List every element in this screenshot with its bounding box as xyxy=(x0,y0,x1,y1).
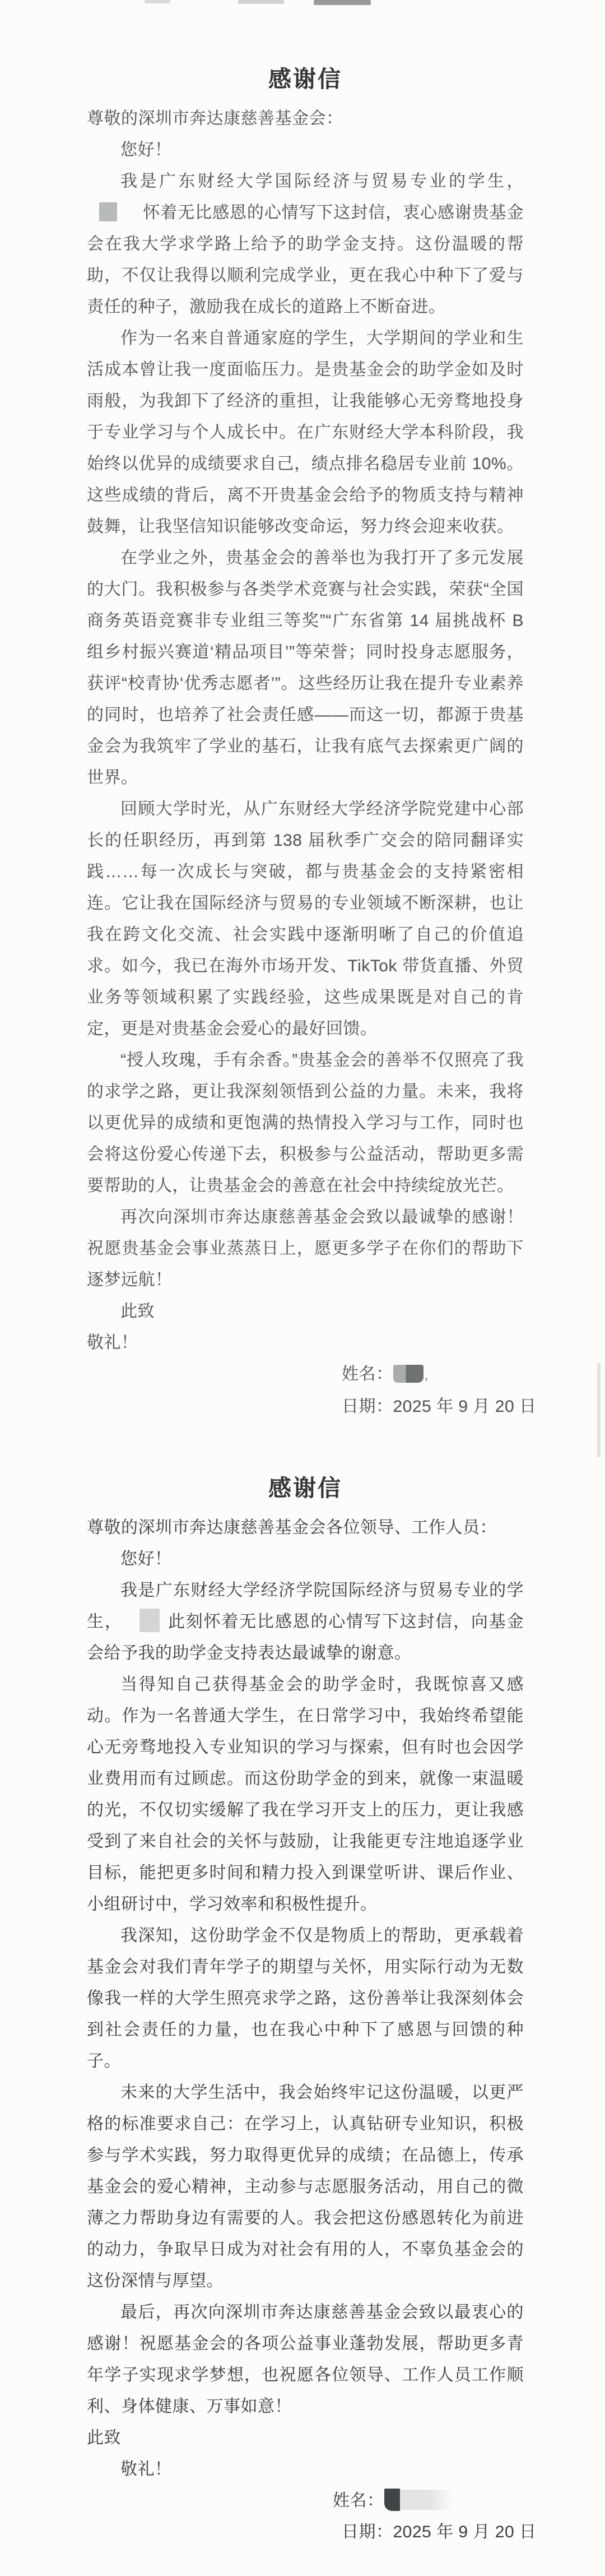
letter1-title: 感谢信 xyxy=(87,0,524,93)
scan-artifact xyxy=(314,0,371,5)
letter1-signature-mark: ， xyxy=(425,1368,438,1382)
letter1-paragraph-1-rest: 怀着无比感恩的心情写下这封信，衷心感谢贵基金会在我大学求学路上给予的助学金支持。… xyxy=(87,203,524,316)
letter1-salutation: 尊敬的深圳市奔达康慈善基金会： xyxy=(87,103,524,135)
letter1-paragraph-6: 再次向深圳市奔达康慈善基金会致以最诚挚的感谢！祝愿贵基金会事业蒸蒸日上，愿更多学… xyxy=(87,1202,524,1296)
letter1-paragraph-3: 在学业之外，贵基金会的善举也为我打开了多元发展的大门。我积极参与各类学术竞赛与社… xyxy=(87,543,524,794)
letter2-paragraph-4: 未来的大学生活中，我会始终牢记这份温暖，以更严格的标准要求自己：在学习上，认真钻… xyxy=(87,2077,524,2297)
redacted-signature-name xyxy=(393,1365,424,1383)
thank-you-letter-1: 感谢信 尊敬的深圳市奔达康慈善基金会： 您好！ 我是广东财经大学国际经济与贸易专… xyxy=(0,0,605,1423)
letter2-greeting: 您好！ xyxy=(87,1544,524,1575)
letter1-paragraph-5: “授人玫瑰，手有余香。”贵基金会的善举不仅照亮了我的求学之路，更让我深刻领悟到公… xyxy=(87,1045,524,1202)
letter1-name-label: 姓名： xyxy=(342,1365,393,1383)
scanned-letter-page: 感谢信 尊敬的深圳市奔达康慈善基金会： 您好！ 我是广东财经大学国际经济与贸易专… xyxy=(0,0,605,2576)
letter1-greeting: 您好！ xyxy=(87,135,524,166)
scan-artifact xyxy=(238,0,284,4)
letter1-date-label: 日期： xyxy=(342,1397,393,1416)
letter2-closing-salute: 敬礼！ xyxy=(87,2454,524,2485)
letter2-signature-name-line: 姓名： xyxy=(333,2485,524,2517)
letter2-paragraph-2: 当得知自己获得基金会的助学金时，我既惊喜又感动。作为一名普通大学生，在日常学习中… xyxy=(87,1669,524,1920)
letter1-closing-regards: 此致 xyxy=(87,1296,524,1327)
letter1-signature: 姓名：， 日期：2025 年 9 月 20 日 xyxy=(342,1359,524,1423)
letter2-name-label: 姓名： xyxy=(333,2491,384,2510)
scan-artifact xyxy=(145,0,170,3)
letter2-closing-regards: 此致 xyxy=(87,2422,524,2454)
letter2-date-label: 日期： xyxy=(342,2523,393,2541)
redacted-student-name xyxy=(139,1609,160,1632)
letter1-paragraph-4: 回顾大学时光，从广东财经大学经济学院党建中心部长的任职经历，再到第 138 届秋… xyxy=(87,794,524,1045)
letter2-salutation: 尊敬的深圳市奔达康慈善基金会各位领导、工作人员： xyxy=(87,1512,524,1544)
letter1-closing-salute: 敬礼！ xyxy=(87,1327,524,1359)
letter2-title: 感谢信 xyxy=(87,1423,524,1502)
letter1-signature-date-line: 日期：2025 年 9 月 20 日 xyxy=(342,1391,524,1423)
redacted-signature-name-blur xyxy=(400,2490,454,2510)
letter1-signature-name-line: 姓名：， xyxy=(342,1359,524,1391)
letter1-date-value: 2025 年 9 月 20 日 xyxy=(393,1397,537,1416)
letter2-paragraph-3: 我深知，这份助学金不仅是物质上的帮助，更承载着基金会对我们青年学子的期望与关怀，… xyxy=(87,1920,524,2077)
letter2-signature-date-line: 日期：2025 年 9 月 20 日 xyxy=(342,2517,524,2548)
redacted-signature-name xyxy=(384,2489,400,2511)
letter2-paragraph-1: 我是广东财经大学经济学院国际经济与贸易专业的学生，此刻怀着无比感恩的心情写下这封… xyxy=(87,1575,524,1669)
letter2-paragraph-5: 最后，再次向深圳市奔达康慈善基金会致以最衷心的感谢！祝愿基金会的各项公益事业蓬勃… xyxy=(87,2297,524,2422)
letter2-date-value: 2025 年 9 月 20 日 xyxy=(393,2523,537,2541)
thank-you-letter-2: 感谢信 尊敬的深圳市奔达康慈善基金会各位领导、工作人员： 您好！ 我是广东财经大… xyxy=(0,1423,605,2548)
letter2-signature: 姓名： 日期：2025 年 9 月 20 日 xyxy=(342,2485,524,2548)
letter1-paragraph-1: 我是广东财经大学国际经济与贸易专业的学生，怀着无比感恩的心情写下这封信，衷心感谢… xyxy=(87,166,524,323)
scan-edge-artifact xyxy=(597,1363,601,1457)
letter1-paragraph-1-lead: 我是广东财经大学国际经济与贸易专业的学生， xyxy=(120,172,524,191)
letter1-paragraph-2: 作为一名来自普通家庭的学生，大学期间的学业和生活成本曾让我一度面临压力。是贵基金… xyxy=(87,323,524,543)
redacted-student-name xyxy=(99,202,117,221)
